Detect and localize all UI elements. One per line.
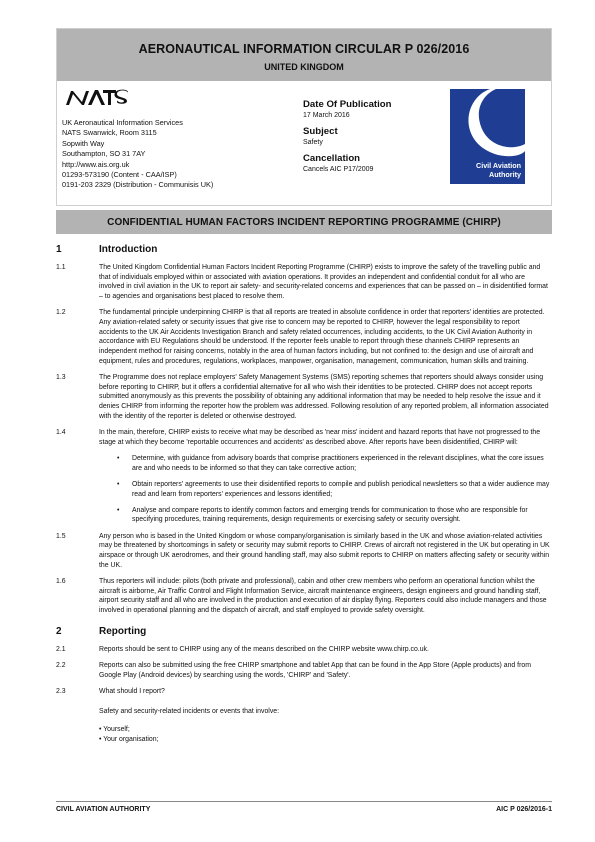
caa-logo-text: Civil Aviation Authority <box>476 161 521 179</box>
date-label: Date Of Publication <box>303 99 392 110</box>
document-subtitle: UNITED KINGDOM <box>57 62 551 72</box>
section-title-text: Introduction <box>99 244 157 255</box>
list-item-text: Analyse and compare reports to identify … <box>132 506 550 525</box>
address-line: Southampton, SO 31 7AY <box>62 149 213 159</box>
address-line: UK Aeronautical Information Services <box>62 118 213 128</box>
nats-logo-icon <box>65 87 129 107</box>
bullet-icon: • <box>99 506 132 525</box>
list-item-text: Obtain reporters' agreements to use thei… <box>132 480 550 499</box>
paragraph-text: Any person who is based in the United Ki… <box>99 532 552 571</box>
paragraph-text: The United Kingdom Confidential Human Fa… <box>99 263 552 302</box>
trailing-item: • Yourself; <box>99 725 552 735</box>
list-item: •Determine, with guidance from advisory … <box>99 454 550 473</box>
paragraph-number: 1.1 <box>56 263 99 302</box>
footer-divider <box>56 801 552 802</box>
caa-logo-line1: Civil Aviation <box>476 161 521 170</box>
list-item-text: Determine, with guidance from advisory b… <box>132 454 550 473</box>
trailing-item: • Your organisation; <box>99 735 552 745</box>
paragraph-1-1: 1.1 The United Kingdom Confidential Huma… <box>56 263 552 302</box>
paragraph-text: Thus reporters will include: pilots (bot… <box>99 577 552 616</box>
section-heading-reporting: 2 Reporting <box>56 626 552 637</box>
bullet-icon: • <box>99 454 132 473</box>
cancellation-value: Cancels AIC P17/2009 <box>303 166 392 173</box>
paragraph-number: 1.2 <box>56 308 99 366</box>
address-line: Sopwith Way <box>62 139 213 149</box>
section-title: CONFIDENTIAL HUMAN FACTORS INCIDENT REPO… <box>56 210 552 234</box>
address-link[interactable]: http://www.ais.org.uk <box>62 160 213 170</box>
section-heading-introduction: 1 Introduction <box>56 244 552 255</box>
caa-logo-line2: Authority <box>476 170 521 179</box>
footer-publisher: CIVIL AVIATION AUTHORITY <box>56 806 150 813</box>
paragraph-number: 2.1 <box>56 645 99 655</box>
paragraph-2-3: 2.3 What should I report? <box>56 687 552 697</box>
paragraph-text: The Programme does not replace employers… <box>99 373 552 422</box>
header-box: AERONAUTICAL INFORMATION CIRCULAR P 026/… <box>56 28 552 206</box>
section-number: 1 <box>56 244 99 255</box>
subject-label: Subject <box>303 126 392 137</box>
address-line: 0191-203 2329 (Distribution - Communisis… <box>62 180 213 190</box>
bullet-icon: • <box>99 480 132 499</box>
paragraph-1-5: 1.5 Any person who is based in the Unite… <box>56 532 552 571</box>
section-title-text: Reporting <box>99 626 146 637</box>
caa-logo: Civil Aviation Authority <box>450 89 525 184</box>
paragraph-number: 1.4 <box>56 428 99 525</box>
subject-value: Safety <box>303 139 392 146</box>
paragraph-number: 1.5 <box>56 532 99 571</box>
list-item: •Obtain reporters' agreements to use the… <box>99 480 550 499</box>
document-body: 1 Introduction 1.1 The United Kingdom Co… <box>56 244 552 745</box>
list-item: •Analyse and compare reports to identify… <box>99 506 550 525</box>
paragraph-1-6: 1.6 Thus reporters will include: pilots … <box>56 577 552 616</box>
publication-meta: Date Of Publication 17 March 2016 Subjec… <box>303 99 392 180</box>
paragraph-text: The fundamental principle underpinning C… <box>99 308 552 366</box>
document-title: AERONAUTICAL INFORMATION CIRCULAR P 026/… <box>57 42 551 56</box>
date-value: 17 March 2016 <box>303 112 392 119</box>
paragraph-text: Reports should be sent to CHIRP using an… <box>99 645 552 655</box>
paragraph-2-2: 2.2 Reports can also be submitted using … <box>56 661 552 680</box>
header-band: AERONAUTICAL INFORMATION CIRCULAR P 026/… <box>57 29 551 81</box>
section-number: 2 <box>56 626 99 637</box>
address-line: 01293-573190 (Content - CAA/ISP) <box>62 170 213 180</box>
paragraph-text: Reports can also be submitted using the … <box>99 661 552 680</box>
paragraph-number: 1.3 <box>56 373 99 422</box>
bullet-list: •Determine, with guidance from advisory … <box>99 454 550 525</box>
paragraph-text: In the main, therefore, CHIRP exists to … <box>99 429 540 446</box>
paragraph-1-4: 1.4 In the main, therefore, CHIRP exists… <box>56 428 552 525</box>
paragraph-1-3: 1.3 The Programme does not replace emplo… <box>56 373 552 422</box>
address-line: NATS Swanwick, Room 3115 <box>62 128 213 138</box>
paragraph-number: 2.3 <box>56 687 99 697</box>
paragraph-text: What should I report? <box>99 687 552 697</box>
cancellation-label: Cancellation <box>303 153 392 164</box>
paragraph-number: 2.2 <box>56 661 99 680</box>
paragraph-1-2: 1.2 The fundamental principle underpinni… <box>56 308 552 366</box>
trailing-text: Safety and security-related incidents or… <box>99 707 552 717</box>
address-block: UK Aeronautical Information Services NAT… <box>62 118 213 191</box>
paragraph-number: 1.6 <box>56 577 99 616</box>
paragraph-2-1: 2.1 Reports should be sent to CHIRP usin… <box>56 645 552 655</box>
footer-page-ref: AIC P 026/2016-1 <box>496 806 552 813</box>
